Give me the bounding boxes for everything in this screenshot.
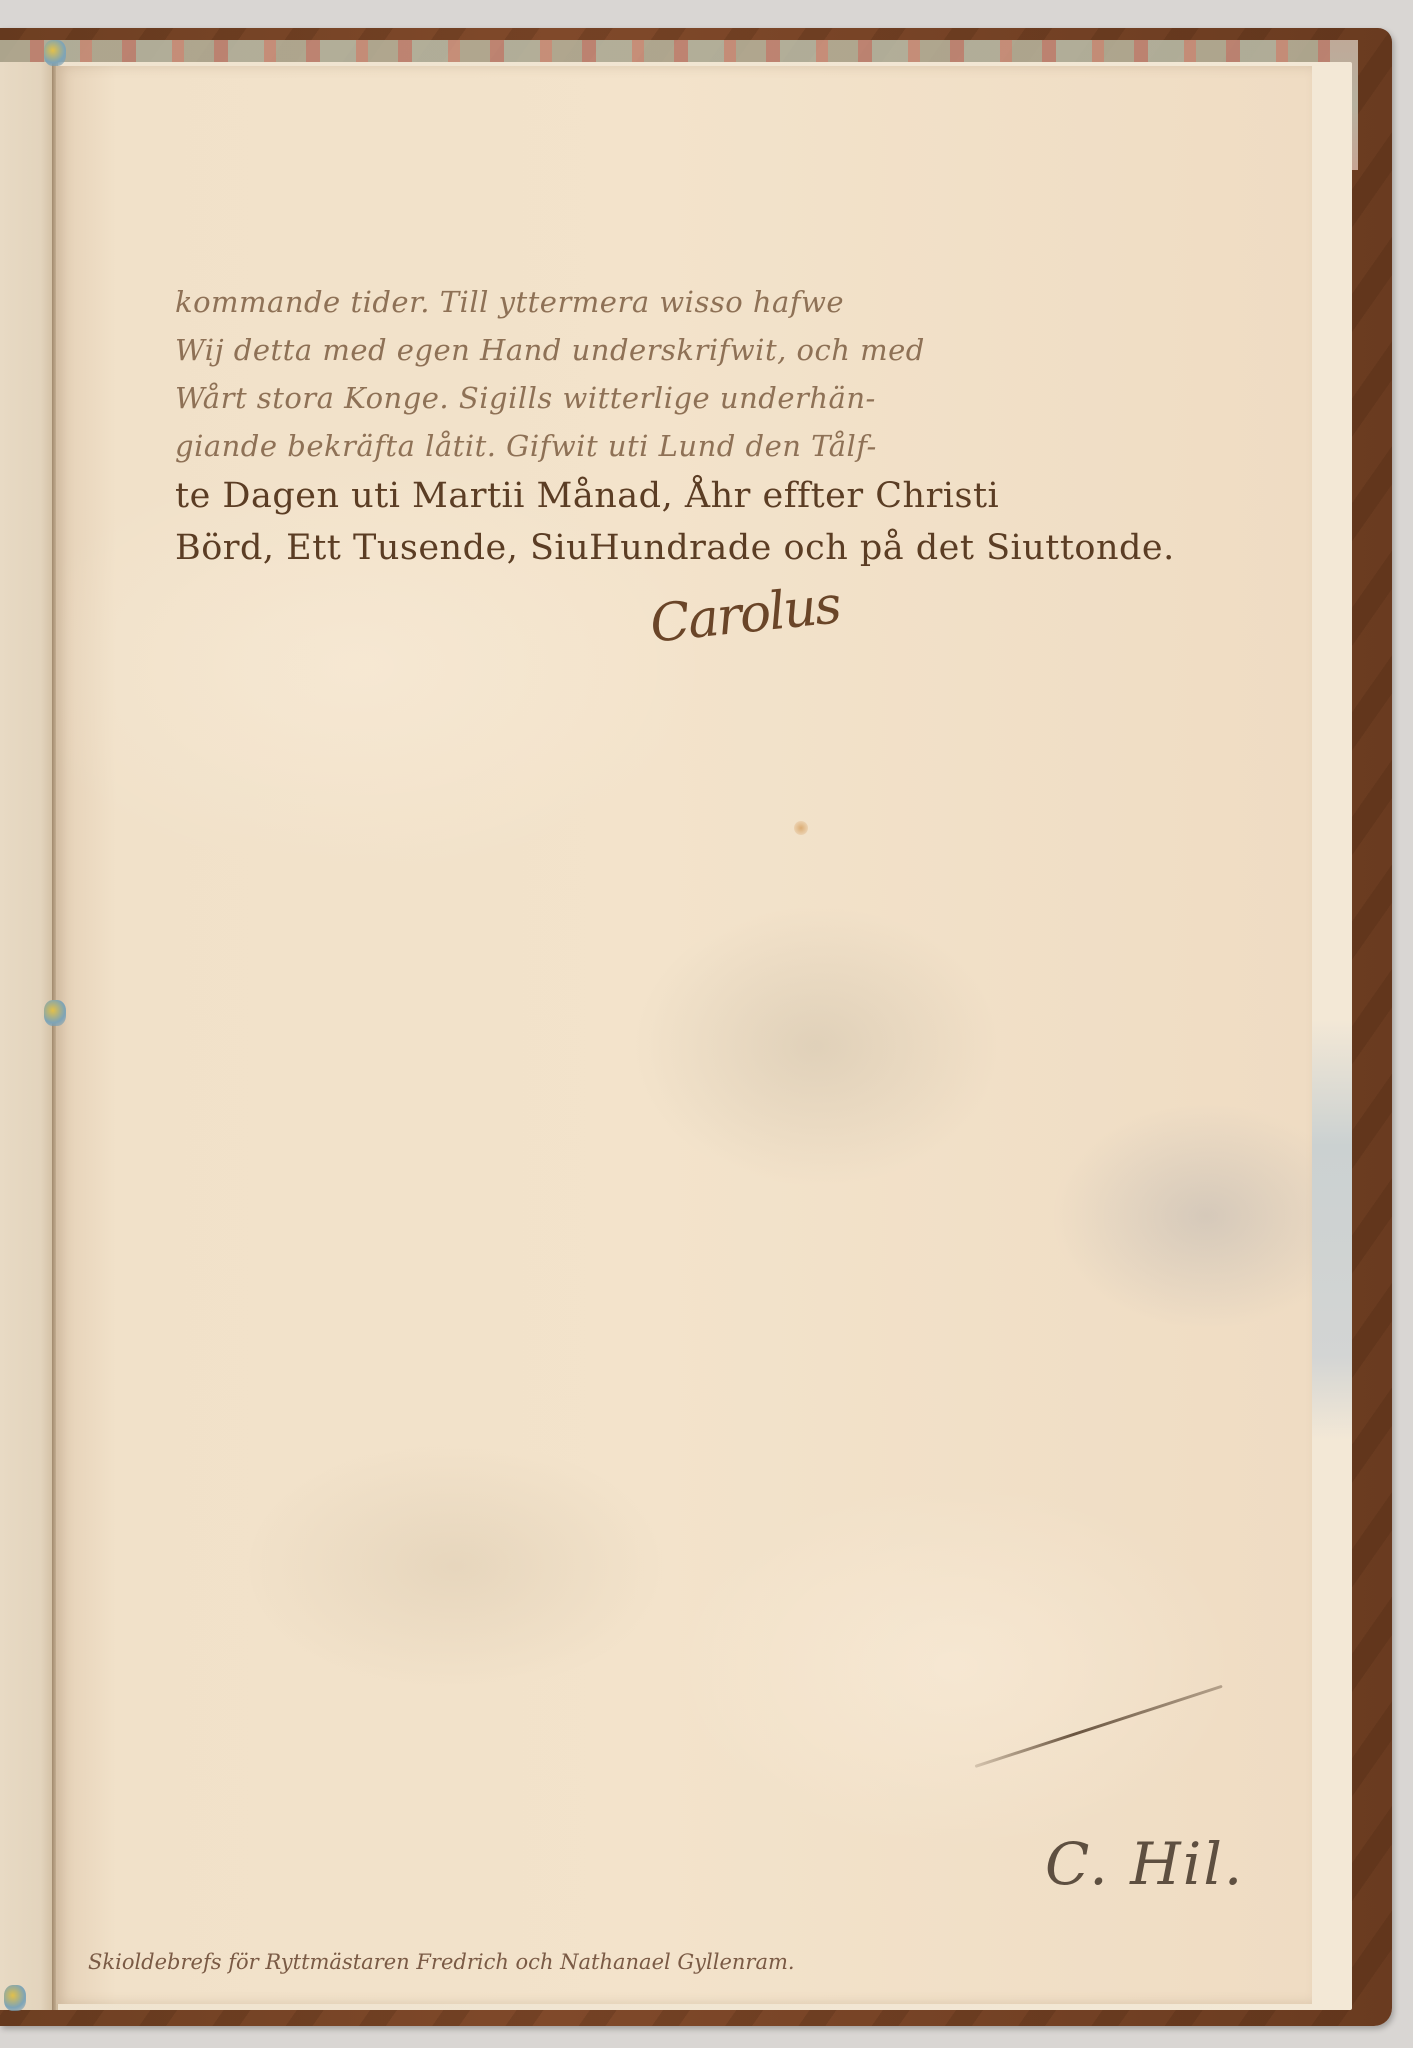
page-edge-stain: [1312, 1020, 1352, 1440]
book-gutter: [52, 62, 56, 2010]
text-line-5: te Dagen uti Martii Månad, Åhr effter Ch…: [175, 470, 1095, 522]
binding-thread-top-icon: [44, 40, 66, 66]
text-line-1: kommande tider. Till yttermera wisso haf…: [175, 278, 1095, 326]
countersignature: C. Hil.: [1045, 1830, 1244, 1898]
manuscript-text: kommande tider. Till yttermera wisso haf…: [175, 278, 1095, 574]
book-scan: kommande tider. Till yttermera wisso haf…: [0, 0, 1413, 2048]
foxing-spot: [794, 821, 808, 835]
left-page-strip: [0, 62, 58, 2010]
text-line-3: Wårt stora Konge. Sigills witterlige und…: [175, 374, 1095, 422]
text-line-4: giande bekräfta låtit. Gifwit uti Lund d…: [175, 422, 1095, 470]
binding-thread-middle-icon: [44, 1000, 66, 1026]
text-line-6: Börd, Ett Tusende, SiuHundrade och på de…: [175, 522, 1095, 574]
text-line-2: Wij detta med egen Hand underskrifwit, o…: [175, 326, 1095, 374]
binding-thread-bottom-icon: [4, 1985, 26, 2011]
archival-note: Skioldebrefs för Ryttmästaren Fredrich o…: [88, 1950, 795, 1974]
